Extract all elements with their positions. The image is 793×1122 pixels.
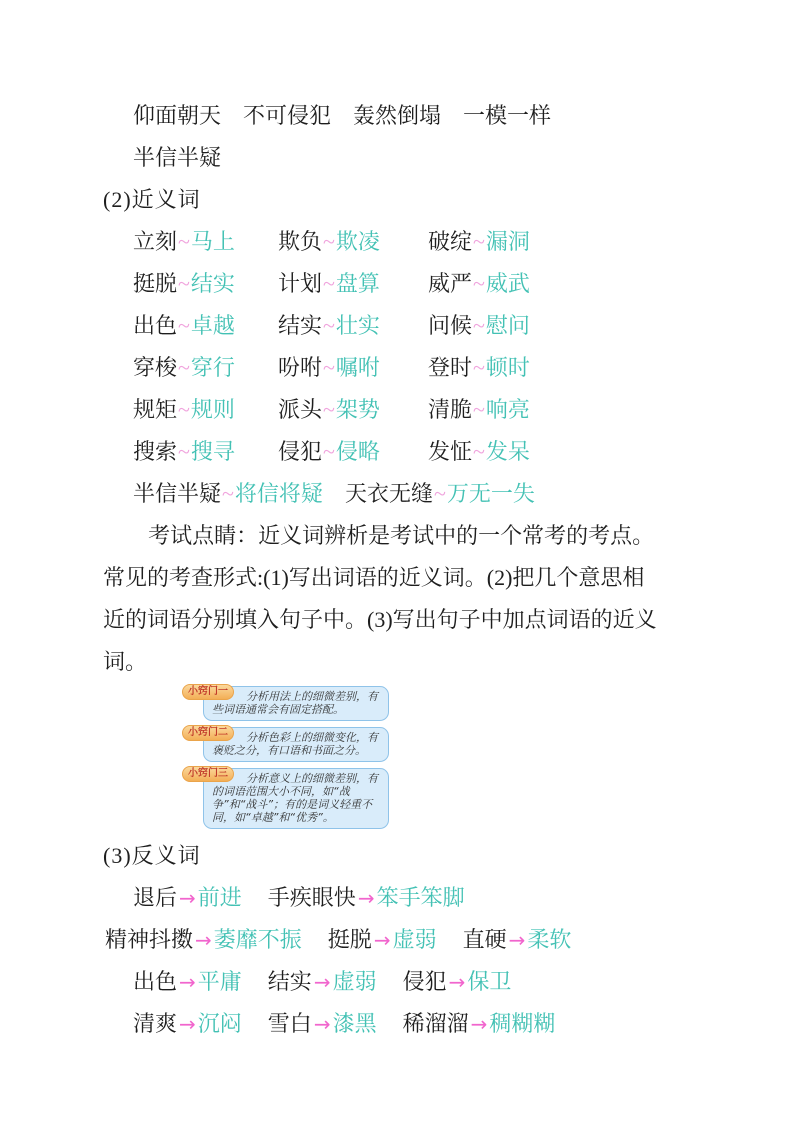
synonym-word: 威武 [486, 271, 530, 296]
base-word: 出色 [133, 313, 177, 338]
arrow-icon: → [312, 1012, 333, 1036]
arrow-icon: → [356, 886, 377, 910]
base-word: 发怔 [428, 439, 472, 464]
synonym-word: 结实 [191, 271, 235, 296]
antonym-word: 漆黑 [333, 1011, 377, 1036]
synonym-pair: 破绽~漏洞 [428, 221, 695, 263]
tilde-connector: ~ [472, 229, 486, 254]
word-list-row: 仰面朝天 不可侵犯 轰然倒塌 一模一样 [133, 95, 695, 137]
base-word: 穿梭 [133, 355, 177, 380]
tip-box-2: 小窍门二 分析色彩上的细微变化，有褒贬之分，有口语和书面之分。 [203, 727, 389, 762]
tilde-connector: ~ [472, 313, 486, 338]
arrow-icon: → [507, 928, 528, 952]
synonym-pair: 出色~卓越 [133, 305, 278, 347]
antonym-row: 清爽→沉闷 雪白→漆黑 稀溜溜→稠糊糊 [133, 1003, 695, 1045]
synonym-word: 万无一失 [447, 481, 535, 506]
section-heading-synonyms: (2)近义词 [103, 179, 695, 221]
base-word: 清爽 [133, 1011, 177, 1036]
synonym-pair: 侵犯~侵略 [278, 431, 428, 473]
base-word: 吩咐 [278, 355, 322, 380]
antonym-word: 柔软 [527, 927, 571, 952]
tilde-connector: ~ [322, 313, 336, 338]
base-word: 直硬 [463, 927, 507, 952]
base-word: 清脆 [428, 397, 472, 422]
antonym-word: 平庸 [198, 969, 242, 994]
base-word: 稀溜溜 [403, 1011, 469, 1036]
base-word: 挺脱 [328, 927, 372, 952]
tips-container: 小窍门一 分析用法上的细微差别，有些词语通常会有固定搭配。 小窍门二 分析色彩上… [203, 686, 389, 829]
synonym-pair: 威严~威武 [428, 263, 695, 305]
antonym-word: 稠糊糊 [489, 1011, 555, 1036]
arrow-icon: → [177, 886, 198, 910]
tilde-connector: ~ [177, 313, 191, 338]
arrow-icon: → [447, 970, 468, 994]
synonym-pair: 计划~盘算 [278, 263, 428, 305]
tilde-connector: ~ [177, 271, 191, 296]
synonym-row: 立刻~马上 欺负~欺凌 破绽~漏洞 [133, 221, 695, 263]
arrow-icon: → [177, 1012, 198, 1036]
base-word: 破绽 [428, 229, 472, 254]
antonym-pair: 手疾眼快→笨手笨脚 [268, 877, 465, 919]
base-word: 手疾眼快 [268, 885, 356, 910]
exam-tip-paragraph: 考试点睛：近义词辨析是考试中的一个常考的考点。 常见的考查形式:(1)写出词语的… [103, 515, 695, 683]
base-word: 搜索 [133, 439, 177, 464]
tilde-connector: ~ [221, 481, 235, 506]
base-word: 半信半疑 [133, 481, 221, 506]
antonym-pair: 直硬→柔软 [463, 919, 572, 961]
synonym-row: 出色~卓越 结实~壮实 问候~慰问 [133, 305, 695, 347]
synonym-row: 搜索~搜寻 侵犯~侵略 发怔~发呆 [133, 431, 695, 473]
base-word: 侵犯 [403, 969, 447, 994]
synonym-word: 欺凌 [336, 229, 380, 254]
base-word: 问候 [428, 313, 472, 338]
synonym-pair: 问候~慰问 [428, 305, 695, 347]
exam-tip-line: 近的词语分别填入句子中。(3)写出句子中加点词语的近义 [103, 599, 695, 641]
tilde-connector: ~ [472, 397, 486, 422]
base-word: 退后 [133, 885, 177, 910]
antonym-word: 笨手笨脚 [377, 885, 465, 910]
synonym-row: 半信半疑~将信将疑 天衣无缝~万无一失 [133, 473, 695, 515]
word: 轰然倒塌 [353, 95, 441, 137]
arrow-icon: → [312, 970, 333, 994]
antonym-pair: 精神抖擞→萎靡不振 [105, 919, 302, 961]
antonym-word: 沉闷 [198, 1011, 242, 1036]
base-word: 雪白 [268, 1011, 312, 1036]
antonym-pair: 稀溜溜→稠糊糊 [403, 1003, 556, 1045]
synonym-word: 马上 [191, 229, 235, 254]
synonym-word: 顿时 [486, 355, 530, 380]
synonym-row: 规矩~规则 派头~架势 清脆~响亮 [133, 389, 695, 431]
tilde-connector: ~ [177, 397, 191, 422]
synonym-word: 漏洞 [486, 229, 530, 254]
tip-text: 分析色彩上的细微变化，有褒贬之分，有口语和书面之分。 [212, 731, 380, 757]
synonym-pair: 挺脱~结实 [133, 263, 278, 305]
word: 一模一样 [463, 95, 551, 137]
tilde-connector: ~ [177, 439, 191, 464]
synonym-pair: 穿梭~穿行 [133, 347, 278, 389]
tilde-connector: ~ [322, 397, 336, 422]
base-word: 结实 [268, 969, 312, 994]
page-content: 仰面朝天 不可侵犯 轰然倒塌 一模一样 半信半疑 (2)近义词 立刻~马上 欺负… [103, 95, 695, 1045]
tilde-connector: ~ [472, 439, 486, 464]
synonym-word: 响亮 [486, 397, 530, 422]
antonym-pair: 出色→平庸 [133, 961, 242, 1003]
antonym-word: 萎靡不振 [214, 927, 302, 952]
antonym-row: 精神抖擞→萎靡不振 挺脱→虚弱 直硬→柔软 [105, 919, 695, 961]
antonym-row: 出色→平庸 结实→虚弱 侵犯→保卫 [133, 961, 695, 1003]
word-list-row: 半信半疑 [133, 137, 695, 179]
synonym-pair: 吩咐~嘱咐 [278, 347, 428, 389]
synonym-pair: 登时~顿时 [428, 347, 695, 389]
synonym-pair: 天衣无缝~万无一失 [345, 473, 535, 515]
base-word: 天衣无缝 [345, 481, 433, 506]
tilde-connector: ~ [322, 271, 336, 296]
tip-box-3: 小窍门三 分析意义上的细微差别，有的词语范围大小不同，如“战争”和“战斗”；有的… [203, 768, 389, 829]
antonym-word: 前进 [198, 885, 242, 910]
antonym-pair: 清爽→沉闷 [133, 1003, 242, 1045]
synonym-pair: 派头~架势 [278, 389, 428, 431]
arrow-icon: → [193, 928, 214, 952]
section-heading-antonyms: (3)反义词 [103, 835, 695, 877]
tip-text: 分析用法上的细微差别，有些词语通常会有固定搭配。 [212, 690, 380, 716]
synonym-word: 规则 [191, 397, 235, 422]
base-word: 规矩 [133, 397, 177, 422]
antonym-row: 退后→前进 手疾眼快→笨手笨脚 [133, 877, 695, 919]
base-word: 欺负 [278, 229, 322, 254]
tilde-connector: ~ [322, 439, 336, 464]
arrow-icon: → [372, 928, 393, 952]
tilde-connector: ~ [177, 229, 191, 254]
word: 半信半疑 [133, 137, 221, 179]
arrow-icon: → [177, 970, 198, 994]
base-word: 精神抖擞 [105, 927, 193, 952]
word: 仰面朝天 [133, 95, 221, 137]
antonym-pair: 挺脱→虚弱 [328, 919, 437, 961]
antonym-word: 虚弱 [393, 927, 437, 952]
antonym-pair: 雪白→漆黑 [268, 1003, 377, 1045]
synonym-pair: 半信半疑~将信将疑 [133, 473, 323, 515]
base-word: 威严 [428, 271, 472, 296]
synonym-word: 发呆 [486, 439, 530, 464]
antonym-word: 虚弱 [333, 969, 377, 994]
arrow-icon: → [469, 1012, 490, 1036]
synonym-word: 穿行 [191, 355, 235, 380]
synonym-word: 慰问 [486, 313, 530, 338]
base-word: 立刻 [133, 229, 177, 254]
tilde-connector: ~ [322, 229, 336, 254]
synonym-pair: 发怔~发呆 [428, 431, 695, 473]
exam-tip-line: 常见的考查形式:(1)写出词语的近义词。(2)把几个意思相 [103, 557, 695, 599]
base-word: 出色 [133, 969, 177, 994]
base-word: 派头 [278, 397, 322, 422]
synonym-word: 将信将疑 [235, 481, 323, 506]
tip-label: 小窍门二 [182, 725, 234, 741]
exam-tip-line: 考试点睛：近义词辨析是考试中的一个常考的考点。 [103, 515, 695, 557]
synonym-word: 卓越 [191, 313, 235, 338]
synonym-pair: 欺负~欺凌 [278, 221, 428, 263]
synonym-pair: 规矩~规则 [133, 389, 278, 431]
tilde-connector: ~ [472, 271, 486, 296]
tip-box-1: 小窍门一 分析用法上的细微差别，有些词语通常会有固定搭配。 [203, 686, 389, 721]
antonym-word: 保卫 [467, 969, 511, 994]
tip-text: 分析意义上的细微差别，有的词语范围大小不同，如“战争”和“战斗”；有的是词义轻重… [212, 772, 380, 824]
tip-label: 小窍门三 [182, 766, 234, 782]
synonym-pair: 立刻~马上 [133, 221, 278, 263]
synonym-word: 搜寻 [191, 439, 235, 464]
tip-label: 小窍门一 [182, 684, 234, 700]
exam-tip-line: 词。 [103, 641, 695, 683]
tilde-connector: ~ [177, 355, 191, 380]
synonym-word: 架势 [336, 397, 380, 422]
document-page: 仰面朝天 不可侵犯 轰然倒塌 一模一样 半信半疑 (2)近义词 立刻~马上 欺负… [0, 0, 793, 1122]
base-word: 挺脱 [133, 271, 177, 296]
antonym-pair: 退后→前进 [133, 877, 242, 919]
antonym-pair: 侵犯→保卫 [403, 961, 512, 1003]
word: 不可侵犯 [243, 95, 331, 137]
tilde-connector: ~ [433, 481, 447, 506]
synonym-row: 挺脱~结实 计划~盘算 威严~威武 [133, 263, 695, 305]
base-word: 侵犯 [278, 439, 322, 464]
synonym-pair: 清脆~响亮 [428, 389, 695, 431]
base-word: 登时 [428, 355, 472, 380]
synonym-pair: 结实~壮实 [278, 305, 428, 347]
synonym-row: 穿梭~穿行 吩咐~嘱咐 登时~顿时 [133, 347, 695, 389]
tilde-connector: ~ [322, 355, 336, 380]
base-word: 计划 [278, 271, 322, 296]
synonym-pair: 搜索~搜寻 [133, 431, 278, 473]
base-word: 结实 [278, 313, 322, 338]
synonym-word: 壮实 [336, 313, 380, 338]
synonym-word: 盘算 [336, 271, 380, 296]
synonym-word: 侵略 [336, 439, 380, 464]
synonym-word: 嘱咐 [336, 355, 380, 380]
antonym-pair: 结实→虚弱 [268, 961, 377, 1003]
tilde-connector: ~ [472, 355, 486, 380]
